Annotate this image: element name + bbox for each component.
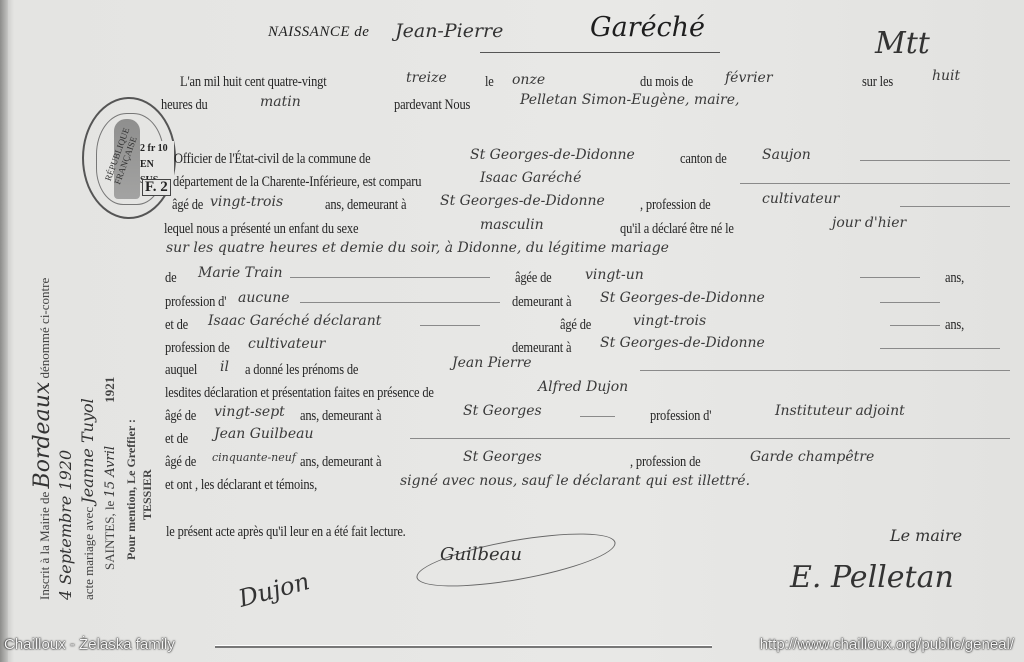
fiscal-stamp: RÉPUBLIQUE FRANÇAISE 2 fr 10 EN SUS F. 2 — [82, 97, 176, 219]
text-demeurant: ans, demeurant à — [325, 197, 406, 214]
text-heures-du: heures du — [161, 97, 208, 114]
field-period: matin — [260, 94, 301, 110]
text-demeurant-witness1: ans, demeurant à — [300, 408, 381, 425]
fill-line — [900, 206, 1010, 207]
field-month: février — [725, 70, 773, 86]
field-mother-residence: St Georges-de-Didonne — [600, 290, 765, 306]
margin-text: Inscrit à la Mairie de — [37, 492, 52, 600]
field-pronoun: il — [220, 359, 229, 375]
text-year-prefix: L'an mil huit cent quatre-vingt — [180, 74, 327, 91]
margin-mention-date: 15 Avril — [103, 446, 118, 497]
text-prenoms: a donné les prénoms de — [245, 362, 358, 379]
field-witness2-name: Jean Guilbeau — [214, 426, 313, 442]
marginal-annotation: Inscrit à la Mairie de Bordeaux dénommé … — [20, 230, 170, 600]
signature-witness2: Guilbeau — [440, 544, 522, 565]
field-given-names: Jean Pierre — [452, 355, 532, 371]
fill-line — [410, 438, 1010, 439]
field-birth-day: jour d'hier — [832, 215, 906, 231]
margin-text: acte mariage avec — [81, 507, 96, 600]
text-declare-ne: qu'il a déclaré être né le — [620, 221, 734, 238]
field-mother-age: vingt-un — [585, 267, 644, 283]
field-father-profession: cultivateur — [248, 336, 325, 352]
margin-marriage-date: 4 Septembre 1920 — [56, 450, 75, 600]
child-given-names: Jean-Pierre — [395, 20, 503, 42]
text-demeurant-witness2: ans, demeurant à — [300, 454, 381, 471]
field-signature-statement: signé avec nous, sauf le déclarant qui e… — [400, 473, 750, 489]
margin-initials: Mtt — [875, 26, 930, 61]
scanned-register-page: NAISSANCE de Jean-Pierre Garéché Mtt RÉP… — [0, 0, 1024, 662]
signature-witness1: Dujon — [236, 567, 313, 613]
footer-rule — [215, 645, 712, 648]
field-declarant: Isaac Garéché — [480, 170, 581, 186]
field-hour: huit — [932, 68, 960, 84]
field-witness2-profession: Garde champêtre — [750, 449, 874, 465]
field-witness2-residence: St Georges — [463, 449, 542, 465]
text-hour-label: sur les — [862, 74, 893, 91]
field-declarant-residence: St Georges-de-Didonne — [440, 193, 605, 209]
field-father-age: vingt-trois — [633, 313, 706, 329]
fill-line — [640, 370, 1010, 371]
field-mother-name: Marie Train — [198, 265, 282, 281]
margin-greffier-name: TESSIER — [140, 469, 155, 520]
field-father-name: Isaac Garéché déclarant — [208, 313, 381, 329]
fill-line — [880, 302, 940, 303]
field-sex: masculin — [480, 217, 544, 233]
fill-line — [580, 416, 615, 417]
fill-line — [740, 183, 1010, 184]
field-father-residence: St Georges-de-Didonne — [600, 335, 765, 351]
text-profession-father: profession de — [165, 340, 230, 357]
fill-line — [860, 277, 920, 278]
text-et-ont: et ont , les déclarant et témoins, — [165, 477, 317, 494]
fill-line — [880, 348, 1000, 349]
footer-family-name: Chailloux - Żelaska family — [4, 636, 175, 653]
field-witness1-age: vingt-sept — [214, 404, 285, 420]
fill-line — [860, 160, 1010, 161]
field-year: treize — [406, 70, 447, 86]
stamp-value-bottom: F. 2 — [142, 179, 171, 196]
child-surname: Garéché — [590, 12, 705, 43]
margin-text: dénommé ci-contre — [37, 278, 52, 379]
signature-mayor: E. Pelletan — [790, 560, 954, 595]
text-profession-mother: profession d' — [165, 294, 226, 311]
field-witness1-residence: St Georges — [463, 403, 542, 419]
text-agee-de: âgée de — [515, 270, 552, 287]
field-birth-details: sur les quatre heures et demie du soir, … — [166, 240, 669, 256]
fill-line — [300, 302, 500, 303]
field-officer: Pelletan Simon-Eugène, maire, — [520, 92, 740, 108]
margin-year: 1921 — [102, 377, 117, 403]
text-presence: lesdites déclaration et présentation fai… — [165, 385, 434, 402]
margin-text: SAINTES, le — [102, 501, 117, 570]
footer-watermark: Chailloux - Żelaska family http://www.ch… — [0, 636, 1024, 656]
fill-line — [890, 325, 940, 326]
field-commune: St Georges-de-Didonne — [470, 147, 635, 163]
text-officier: Officier de l'État-civil de la commune d… — [174, 151, 370, 168]
text-profession: , profession de — [640, 197, 710, 214]
footer-url[interactable]: http://www.chailloux.org/public/geneal/ — [760, 636, 1014, 653]
field-declarant-age: vingt-trois — [210, 194, 283, 210]
page-binding-edge — [0, 0, 8, 662]
fill-line — [420, 325, 480, 326]
record-type-heading: NAISSANCE de — [268, 24, 369, 41]
field-witness1-name: Alfred Dujon — [538, 379, 628, 395]
text-age-de: âgé de — [172, 197, 203, 214]
field-witness2-age: cinquante-neuf — [212, 451, 296, 464]
text-month-label: du mois de — [640, 74, 693, 91]
text-departement: département de la Charente-Inférieure, e… — [173, 174, 421, 191]
margin-spouse: Jeanne Tuyol — [78, 398, 97, 503]
field-day: onze — [512, 72, 545, 88]
text-ans: ans, — [945, 270, 964, 287]
margin-greffier: Pour mention, Le Greffier : — [124, 419, 139, 560]
text-pardevant: pardevant Nous — [394, 97, 470, 114]
field-declarant-profession: cultivateur — [762, 191, 839, 207]
text-canton: canton de — [680, 151, 727, 168]
title-ornament-rule — [480, 52, 720, 53]
text-profession-witness1: profession d' — [650, 408, 711, 425]
text-lequel: lequel nous a présenté un enfant du sexe — [164, 221, 358, 238]
field-witness1-profession: Instituteur adjoint — [775, 403, 905, 419]
mayor-title: Le maire — [890, 526, 962, 545]
text-profession-witness2: , profession de — [630, 454, 700, 471]
text-age-de-father: âgé de — [560, 317, 591, 334]
text-lecture: le présent acte après qu'il leur en a ét… — [166, 524, 406, 541]
text-ans-father: ans, — [945, 317, 964, 334]
text-demeurant-mother: demeurant à — [512, 294, 571, 311]
margin-city: Bordeaux — [30, 382, 55, 489]
field-canton: Saujon — [762, 147, 811, 163]
fill-line — [290, 277, 490, 278]
text-le: le — [485, 74, 494, 91]
field-mother-profession: aucune — [238, 290, 290, 306]
